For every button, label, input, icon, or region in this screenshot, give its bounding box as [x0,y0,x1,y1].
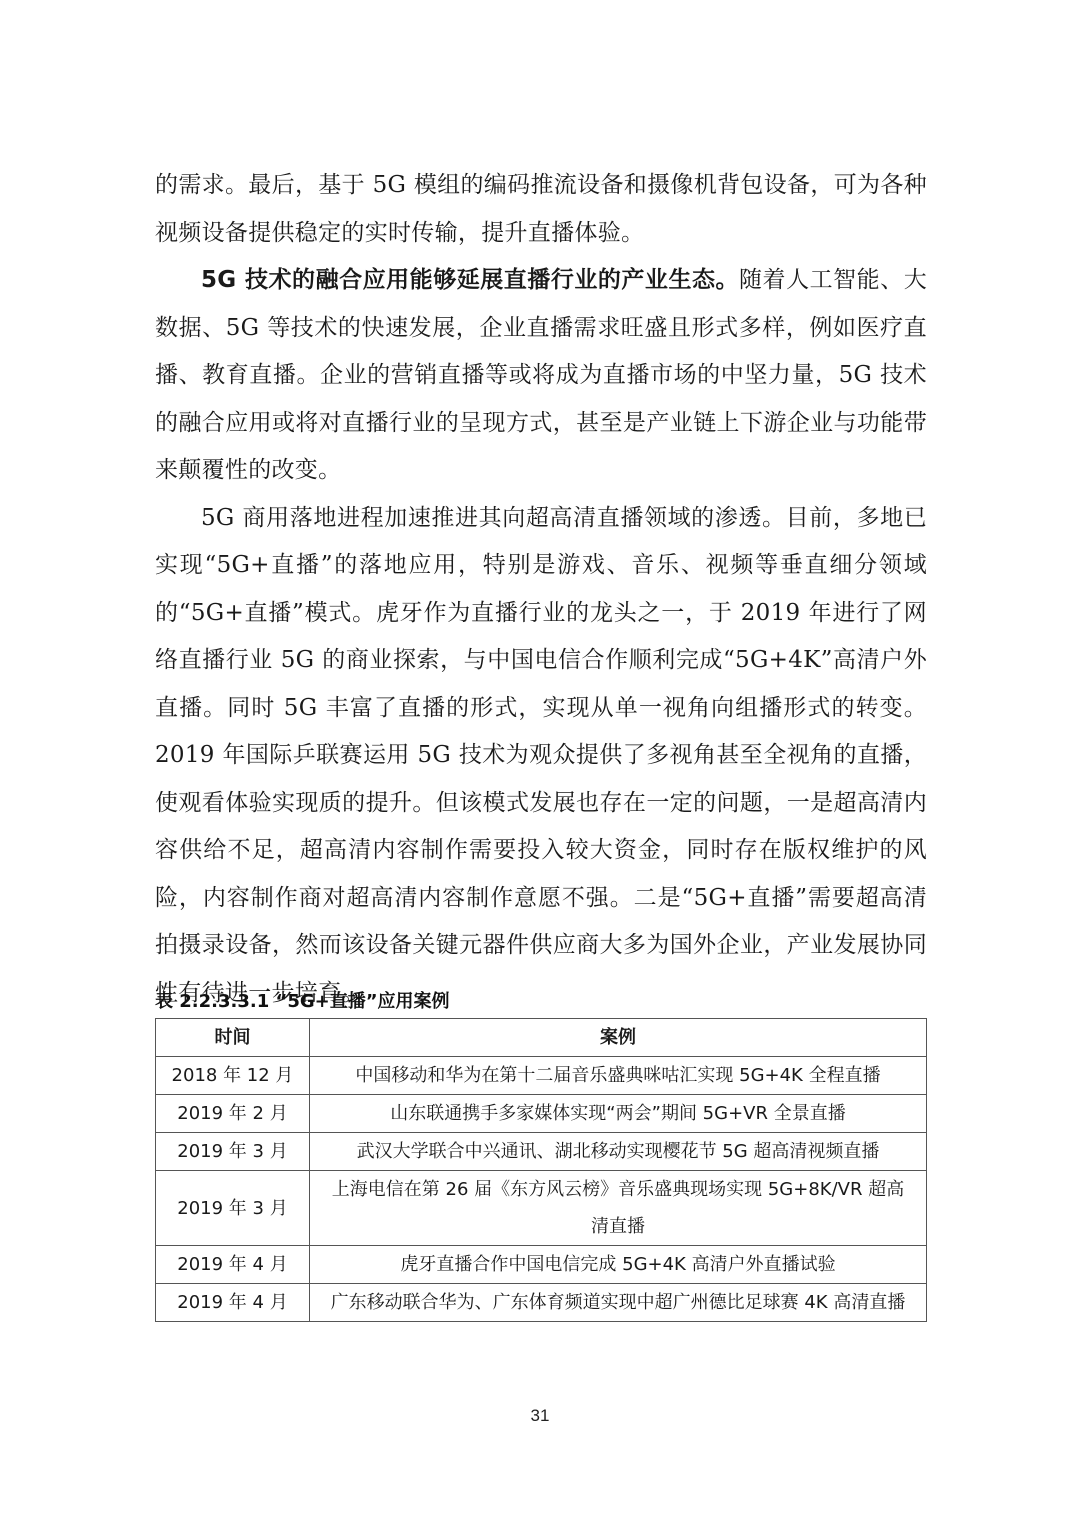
cell-case: 上海电信在第 26 届《东方风云榜》音乐盛典现场实现 5G+8K/VR 超高清直… [310,1171,927,1246]
cases-table: 时间 案例 2018 年 12 月 中国移动和华为在第十二届音乐盛典咪咕汇实现 … [155,1018,927,1322]
cell-time: 2019 年 2 月 [156,1095,310,1133]
page-number: 31 [0,1406,1080,1426]
table-header-row: 时间 案例 [156,1019,927,1057]
cell-time: 2019 年 3 月 [156,1133,310,1171]
paragraph-text: 的需求。最后，基于 5G 模组的编码推流设备和摄像机背包设备，可为各种视频设备提… [155,172,927,246]
cell-time: 2019 年 4 月 [156,1284,310,1322]
document-body: 的需求。最后，基于 5G 模组的编码推流设备和摄像机背包设备，可为各种视频设备提… [155,162,927,1017]
paragraph-text: 随着人工智能、大数据、5G 等技术的快速发展，企业直播需求旺盛且形式多样，例如医… [155,267,927,483]
table-row: 2019 年 3 月 上海电信在第 26 届《东方风云榜》音乐盛典现场实现 5G… [156,1171,927,1246]
cell-case: 武汉大学联合中兴通讯、湖北移动实现樱花节 5G 超高清视频直播 [310,1133,927,1171]
cell-case: 虎牙直播合作中国电信完成 5G+4K 高清户外直播试验 [310,1246,927,1284]
table-row: 2019 年 3 月 武汉大学联合中兴通讯、湖北移动实现樱花节 5G 超高清视频… [156,1133,927,1171]
cell-case: 中国移动和华为在第十二届音乐盛典咪咕汇实现 5G+4K 全程直播 [310,1057,927,1095]
table-row: 2019 年 2 月 山东联通携手多家媒体实现“两会”期间 5G+VR 全景直播 [156,1095,927,1133]
cell-time: 2019 年 4 月 [156,1246,310,1284]
header-time: 时间 [156,1019,310,1057]
table-row: 2019 年 4 月 虎牙直播合作中国电信完成 5G+4K 高清户外直播试验 [156,1246,927,1284]
paragraph-3: 5G 商用落地进程加速推进其向超高清直播领域的渗透。目前，多地已实现“5G+直播… [155,495,927,1018]
cell-case: 山东联通携手多家媒体实现“两会”期间 5G+VR 全景直播 [310,1095,927,1133]
paragraph-text: 5G 商用落地进程加速推进其向超高清直播领域的渗透。目前，多地已实现“5G+直播… [155,505,927,1006]
header-case: 案例 [310,1019,927,1057]
table-caption: 表 2.2.3.3.1 “5G+直播”应用案例 [155,990,450,1014]
table-row: 2018 年 12 月 中国移动和华为在第十二届音乐盛典咪咕汇实现 5G+4K … [156,1057,927,1095]
cell-time: 2019 年 3 月 [156,1171,310,1246]
paragraph-2: 5G 技术的融合应用能够延展直播行业的产业生态。随着人工智能、大数据、5G 等技… [155,257,927,495]
table-row: 2019 年 4 月 广东移动联合华为、广东体育频道实现中超广州德比足球赛 4K… [156,1284,927,1322]
paragraph-1: 的需求。最后，基于 5G 模组的编码推流设备和摄像机背包设备，可为各种视频设备提… [155,162,927,257]
cell-case: 广东移动联合华为、广东体育频道实现中超广州德比足球赛 4K 高清直播 [310,1284,927,1322]
cell-time: 2018 年 12 月 [156,1057,310,1095]
paragraph-bold-lead: 5G 技术的融合应用能够延展直播行业的产业生态。 [201,267,739,293]
